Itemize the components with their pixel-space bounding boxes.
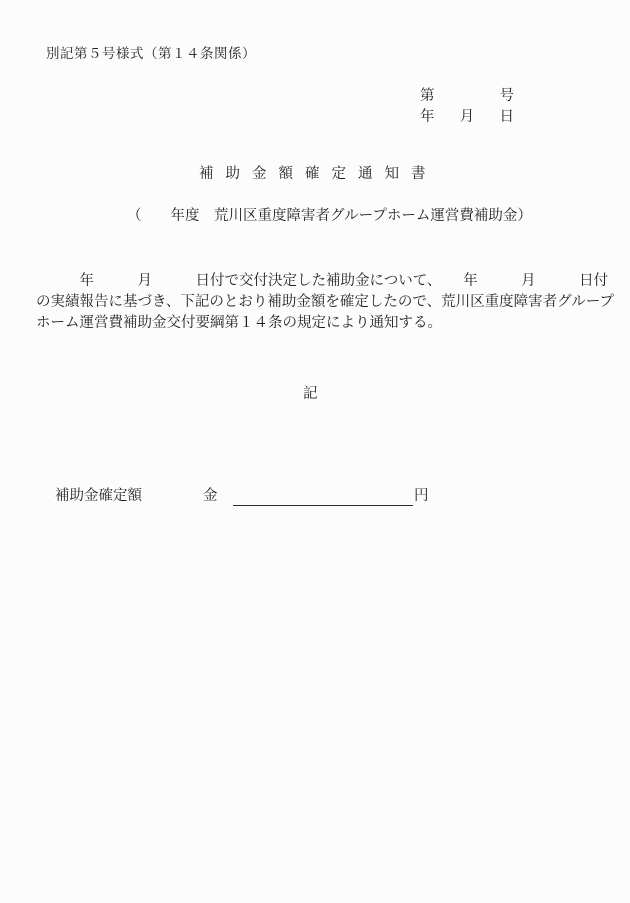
document-title: 補助金額確定通知書 [199,167,438,182]
record-marker: 記 [303,387,318,402]
date-day-label: 日 [500,110,515,131]
document-number-line: 第 号 [420,89,514,110]
document-header-block: 第 号 年 月 日 [420,89,514,131]
amount-currency-prefix: 金 [203,489,218,504]
body-line: の実績報告に基づき、下記のとおり補助金額を確定したので、荒川区重度障害者グループ [36,292,614,313]
amount-fill-in-line [233,489,413,506]
body-paragraph: 年 月 日付で交付決定した補助金について、 年 月 日付 の実績報告に基づき、下… [36,271,614,334]
form-reference-label: 別記第５号様式（第１４条関係） [46,47,256,61]
document-number-prefix: 第 [420,89,435,110]
document-subtitle: （ 年度 荒川区重度障害者グループホーム運営費補助金） [127,209,532,224]
body-line: 年 月 日付で交付決定した補助金について、 年 月 日付 [36,271,614,292]
date-month-label: 月 [460,110,475,131]
amount-currency-suffix: 円 [414,489,429,504]
date-year-label: 年 [420,110,435,131]
document-page: 別記第５号様式（第１４条関係） 第 号 年 月 日 補助金額確定通知書 （ 年度… [0,0,630,903]
amount-label: 補助金確定額 [55,489,142,504]
body-line: ホーム運営費補助金交付要綱第１４条の規定により通知する。 [36,313,614,334]
document-date-line: 年 月 日 [420,110,514,131]
document-number-suffix: 号 [500,89,515,110]
